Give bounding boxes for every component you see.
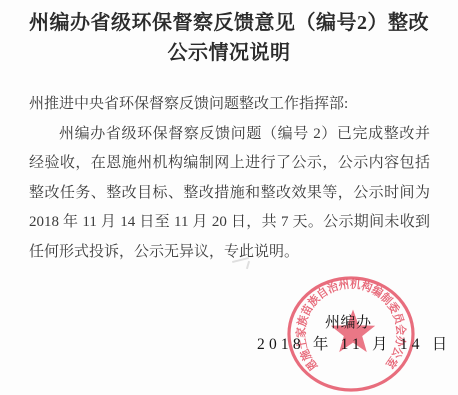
document-page: 州编办省级环保督察反馈意见（编号2）整改 公示情况说明 州推进中央省环保督察反馈…	[0, 0, 458, 395]
signature-name: 州编办	[325, 311, 372, 332]
title-line-2: 公示情况说明	[168, 42, 291, 64]
signature-date: 2018 年 11 月 14 日	[257, 332, 452, 354]
document-body: 州推进中央省环保督察反馈问题整改工作指挥部: 州编办省级环保督察反馈问题（编号 …	[29, 90, 430, 267]
document-title: 州编办省级环保督察反馈意见（编号2）整改 公示情况说明	[0, 8, 458, 68]
title-line-1: 州编办省级环保督察反馈意见（编号2）整改	[29, 12, 429, 34]
salutation: 州推进中央省环保督察反馈问题整改工作指挥部:	[29, 90, 430, 120]
body-paragraph: 州编办省级环保督察反馈问题（编号 2）已完成整改并经验收，在恩施州机构编制网上进…	[29, 120, 430, 268]
